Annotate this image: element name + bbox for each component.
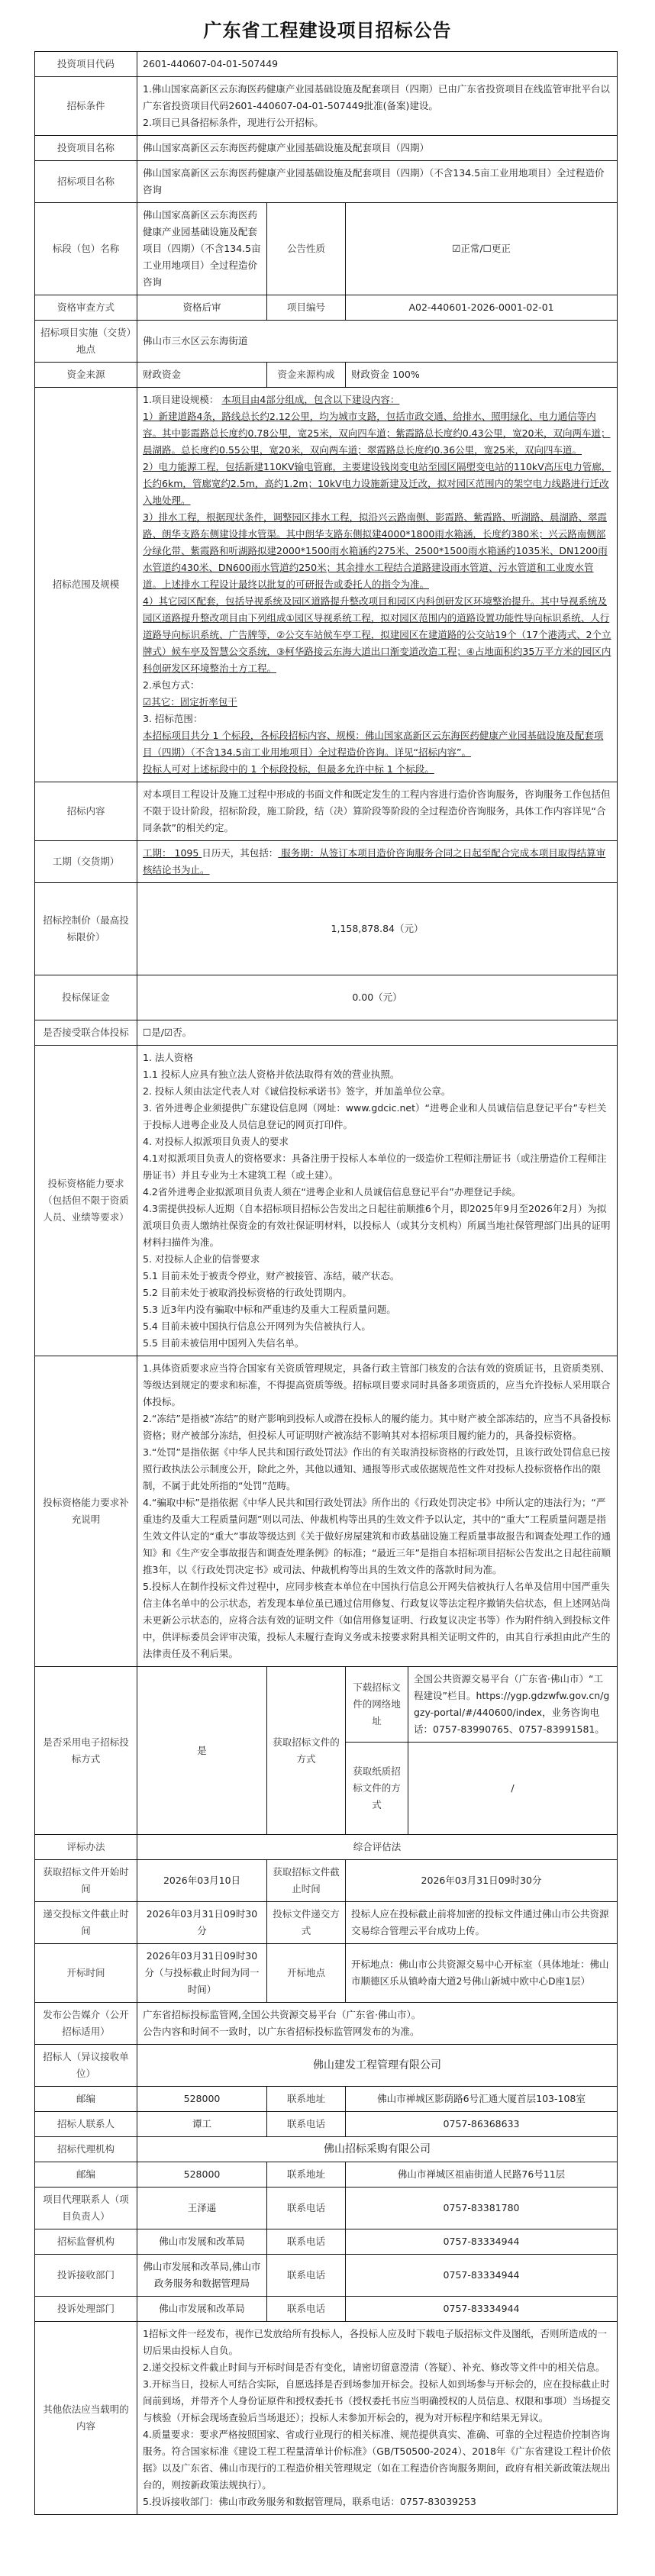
row-funds: 资金来源 财政资金 资金来源构成 财政资金 100%: [35, 363, 618, 388]
row-control-price: 招标控制价（最高投标限价） 1,158,878.84（元）: [35, 883, 618, 975]
label: 招标人（异议接收单位）: [35, 2045, 137, 2087]
label: 联系地址: [267, 2162, 346, 2188]
row-tenderer-post: 邮编 528000 联系地址 佛山市禅城区影荫路6号汇通大厦首层103-108室: [35, 2087, 618, 2112]
row-qualification: 资格审查方式 资格后审 项目编号 A02-440601-2026-0001-02…: [35, 295, 618, 321]
label: 获取招标文件的方式: [267, 1667, 346, 1835]
value: 2026年03月31日09时30分: [137, 1902, 267, 1944]
label: 资金来源: [35, 363, 137, 388]
label: 开标地点: [267, 1944, 346, 2003]
label: 获取招标文件截止时间: [267, 1860, 346, 1902]
row-tenderer-contact: 招标人联系人 谭工 联系电话 0757-86368633: [35, 2112, 618, 2137]
row-conditions: 招标条件 1.佛山国家高新区云东海医药健康产业园基础设施及配套项目（四期）已由广…: [35, 77, 618, 136]
checkbox-line: ☑其它：固定折率包干: [143, 694, 611, 711]
label: 投诉处理部门: [35, 2297, 137, 2322]
value: 2026年03月10日: [137, 1860, 267, 1902]
label: 是否接受联合体投标: [35, 1020, 137, 1046]
value: 佛山国家高新区云东海医药健康产业园基础设施及配套项目（四期）（不含134.5亩工…: [137, 161, 618, 203]
row-section: 标段（包）名称 佛山国家高新区云东海医药健康产业园基础设施及配套项目（四期）（不…: [35, 203, 618, 295]
label: 招标监督机构: [35, 2229, 137, 2255]
label: 项目代理联系人（项目负责人）: [35, 2188, 137, 2229]
row-investment-code: 投资项目代码 2601-440607-04-01-507449: [35, 52, 618, 77]
row-media: 发布公告媒介（公开招标适用） 广东省招标投标监管网,全国公共资源交易平台（广东省…: [35, 2003, 618, 2045]
row-deposit: 投标保证金 0.00（元）: [35, 975, 618, 1020]
label: 招标条件: [35, 77, 137, 136]
value: 528000: [137, 2087, 267, 2112]
label: 投资项目代码: [35, 52, 137, 77]
line: 2.承包方式：: [143, 677, 611, 694]
value: 王泽遥: [137, 2188, 267, 2229]
label: 招标控制价（最高投标限价）: [35, 883, 137, 975]
label: 投资项目名称: [35, 136, 137, 161]
value: 佛山招标采购有限公司: [137, 2137, 618, 2162]
value: 投标人应在投标截止前将加密的投标文件通过佛山市公共资源交易综合管理云平台成功上传…: [346, 1902, 618, 1944]
label: 获取招标文件开始时间: [35, 1860, 137, 1902]
value: 528000: [137, 2162, 267, 2188]
label: 公告性质: [267, 203, 346, 295]
line: 1.佛山国家高新区云东海医药健康产业园基础设施及配套项目（四期）已由广东省投资项…: [143, 81, 611, 114]
label: 联系电话: [267, 2188, 346, 2229]
label: 招标代理机构: [35, 2137, 137, 2162]
consortium-checkbox: ☐是/☑否。: [137, 1020, 618, 1046]
label: 联系电话: [267, 2229, 346, 2255]
value: 佛山国家高新区云东海医药健康产业园基础设施及配套项目（四期）: [137, 136, 618, 161]
value: 综合评估法: [137, 1835, 618, 1860]
value: 1.具体资质要求应当符合国家有关资质管理规定，具备行政主管部门核发的合法有效的资…: [137, 1356, 618, 1667]
row-scope: 招标范围及规模 1.项目建设规模： 本项目由4部分组成，包含以下建设内容： 1）…: [35, 388, 618, 782]
row-supervision: 招标监督机构 佛山市发展和改革局 联系电话 0757-83334944: [35, 2229, 618, 2255]
value: 佛山市发展和改革局: [137, 2229, 267, 2255]
value: 0757-83381780: [346, 2188, 618, 2229]
page-title: 广东省工程建设项目招标公告: [0, 0, 655, 41]
value: 财政资金: [137, 363, 267, 388]
value: 0757-83334944: [346, 2255, 618, 2297]
line: 投标人可对上述标段中的 1 个标段投标，但最多允许中标 1 个标段。: [143, 761, 611, 778]
control-price: 1,158,878.84（元）: [137, 883, 618, 975]
row-opening: 开标时间 2026年03月31日09时30分（与投标截止时间为同一时间） 开标地…: [35, 1944, 618, 2003]
line: 2.项目已具备招标条件，现进行公开招标。: [143, 114, 611, 131]
row-tenderer: 招标人（异议接收单位） 佛山建发工程管理有限公司: [35, 2045, 618, 2087]
row-evaluation: 评标办法 综合评估法: [35, 1835, 618, 1860]
value: 佛山建发工程管理有限公司: [137, 2045, 618, 2087]
label: 招标范围及规模: [35, 388, 137, 782]
label: 投标保证金: [35, 975, 137, 1020]
value: 广东省招标投标监管网,全国公共资源交易平台（广东省·佛山市）。 公告内容和时间不…: [137, 2003, 618, 2045]
label: 投诉接收部门: [35, 2255, 137, 2297]
row-submit: 递交投标文件截止时间 2026年03月31日09时30分 投标文件递交方式 投标…: [35, 1902, 618, 1944]
value: 佛山市禅城区祖庙街道人民路76号11层: [346, 2162, 618, 2188]
deposit: 0.00（元）: [137, 975, 618, 1020]
value: 0757-86368633: [346, 2112, 618, 2137]
label: 评标办法: [35, 1835, 137, 1860]
line: 1）新建道路4条，路线总长约2.12公里，均为城市支路，包括市政交通、给排水、照…: [143, 408, 611, 459]
scope-content: 1.项目建设规模： 本项目由4部分组成，包含以下建设内容： 1）新建道路4条，路…: [137, 388, 618, 782]
value: 工期： 1095 日历天，其包括： 服务期：从签订本项目造价咨询服务合同之日起至…: [137, 841, 618, 883]
value: 2026年03月31日09时30分（与投标截止时间为同一时间）: [137, 1944, 267, 2003]
row-location: 招标项目实施（交货）地点 佛山市三水区云东海街道: [35, 321, 618, 363]
row-tender-name: 招标项目名称 佛山国家高新区云东海医药健康产业园基础设施及配套项目（四期）（不含…: [35, 161, 618, 203]
label: 投标文件递交方式: [267, 1902, 346, 1944]
row-complaint-handle: 投诉处理部门 佛山市发展和改革局 联系电话 0757-83334944: [35, 2297, 618, 2322]
label: 投标资格能力要求补充说明: [35, 1356, 137, 1667]
value: 0757-83334944: [346, 2297, 618, 2322]
value: 佛山市禅城区影荫路6号汇通大厦首层103-108室: [346, 2087, 618, 2112]
label: 联系地址: [267, 2087, 346, 2112]
label: 工期（交货期）: [35, 841, 137, 883]
value: 佛山国家高新区云东海医药健康产业园基础设施及配套项目（四期）（不含134.5亩工…: [137, 203, 267, 295]
label: 资格审查方式: [35, 295, 137, 321]
label: 招标项目名称: [35, 161, 137, 203]
row-content: 招标内容 对本项目工程设计及施工过程中形成的书面文件和既定发生的工程内容进行造价…: [35, 782, 618, 841]
label: 联系电话: [267, 2297, 346, 2322]
value: 2026年03月31日09时30分: [346, 1860, 618, 1902]
label: 招标内容: [35, 782, 137, 841]
label: 获取纸质招标文件的方式: [346, 1743, 408, 1835]
row-agency-post: 邮编 528000 联系地址 佛山市禅城区祖庙街道人民路76号11层: [35, 2162, 618, 2188]
label: 标段（包）名称: [35, 203, 137, 295]
value: 2601-440607-04-01-507449: [137, 52, 618, 77]
label: 邮编: [35, 2162, 137, 2188]
row-consortium: 是否接受联合体投标 ☐是/☑否。: [35, 1020, 618, 1046]
label: 招标项目实施（交货）地点: [35, 321, 137, 363]
value: 1招标文件一经发布，视作已发放给所有投标人，各投标人应及时下载电子版招标文件及图…: [137, 2322, 618, 2515]
notice-nature-checkbox: ☑正常/☐更正: [346, 203, 618, 295]
row-other: 其他依法应当载明的内容 1招标文件一经发布，视作已发放给所有投标人，各投标人应及…: [35, 2322, 618, 2515]
row-bidder-requirements: 投标资格能力要求（包括但不限于资质人员、业绩等要求） 1. 法人资格 1.1 投…: [35, 1046, 618, 1356]
row-agency-contact: 项目代理联系人（项目负责人） 王泽遥 联系电话 0757-83381780: [35, 2188, 618, 2229]
row-period: 工期（交货期） 工期： 1095 日历天，其包括： 服务期：从签订本项目造价咨询…: [35, 841, 618, 883]
value: 对本项目工程设计及施工过程中形成的书面文件和既定发生的工程内容进行造价咨询服务，…: [137, 782, 618, 841]
value: 佛山市三水区云东海街道: [137, 321, 618, 363]
label: 下载招标文件的网络地址: [346, 1667, 408, 1743]
row-complaint-receive: 投诉接收部门 佛山市发展和改革局,佛山市政务服务和数据管理局 联系电话 0757…: [35, 2255, 618, 2297]
row-obtain-time: 获取招标文件开始时间 2026年03月10日 获取招标文件截止时间 2026年0…: [35, 1860, 618, 1902]
label: 发布公告媒介（公开招标适用）: [35, 2003, 137, 2045]
label: 投标资格能力要求（包括但不限于资质人员、业绩等要求）: [35, 1046, 137, 1356]
label: 联系电话: [267, 2255, 346, 2297]
value: 0757-83334944: [346, 2229, 618, 2255]
value: 是: [137, 1667, 267, 1835]
line: 4）其它园区配套，包括导视系统及园区道路提升整改项目和园区内科创研发区环境整治提…: [143, 593, 611, 677]
value: /: [408, 1743, 618, 1835]
row-bidder-note: 投标资格能力要求补充说明 1.具体资质要求应当符合国家有关资质管理规定，具备行政…: [35, 1356, 618, 1667]
line: 本招标项目共分 1 个标段，各标段招标内容、规模：佛山国家高新区云东海医药健康产…: [143, 727, 611, 761]
value: 财政资金 100%: [346, 363, 618, 388]
value: 佛山市发展和改革局,佛山市政务服务和数据管理局: [137, 2255, 267, 2297]
label: 是否采用电子招标投标方式: [35, 1667, 137, 1835]
download-address-link[interactable]: 全国公共资源交易平台（广东省·佛山市）“工程建设”栏目。https://ygp.…: [408, 1667, 618, 1743]
label: 项目编号: [267, 295, 346, 321]
row-agency: 招标代理机构 佛山招标采购有限公司: [35, 2137, 618, 2162]
label: 招标人联系人: [35, 2112, 137, 2137]
label: 开标时间: [35, 1944, 137, 2003]
row-investment-name: 投资项目名称 佛山国家高新区云东海医药健康产业园基础设施及配套项目（四期）: [35, 136, 618, 161]
row-electronic: 是否采用电子招标投标方式 是 获取招标文件的方式 下载招标文件的网络地址 全国公…: [35, 1667, 618, 1743]
value: 1.佛山国家高新区云东海医药健康产业园基础设施及配套项目（四期）已由广东省投资项…: [137, 77, 618, 136]
project-code: A02-440601-2026-0001-02-01: [346, 295, 618, 321]
line: 3）排水工程，根据现状条件，调整园区排水工程，拟沿兴云路南侧、影霞路、紫霞路、听…: [143, 509, 611, 593]
label: 邮编: [35, 2087, 137, 2112]
line: 3. 招标范围：: [143, 711, 611, 727]
notice-table: 投资项目代码 2601-440607-04-01-507449 招标条件 1.佛…: [34, 51, 618, 2515]
value: 资格后审: [137, 295, 267, 321]
value: 谭工: [137, 2112, 267, 2137]
value: 开标地点：佛山市公共资源交易中心开标室（具体地址：佛山市顺德区乐从镇岭南大道2号…: [346, 1944, 618, 2003]
label: 递交投标文件截止时间: [35, 1902, 137, 1944]
label: 其他依法应当载明的内容: [35, 2322, 137, 2515]
value: 佛山市发展和改革局: [137, 2297, 267, 2322]
value: 1. 法人资格 1.1 投标人应具有独立法人资格并依法取得有效的营业执照。 2.…: [137, 1046, 618, 1356]
line: 1.项目建设规模： 本项目由4部分组成，包含以下建设内容：: [143, 392, 611, 408]
line: 2）电力能源工程，包括新建110KV输电管廊，主要建设钱岗变电站至园区隔塱变电站…: [143, 459, 611, 509]
label: 联系电话: [267, 2112, 346, 2137]
label: 资金来源构成: [267, 363, 346, 388]
